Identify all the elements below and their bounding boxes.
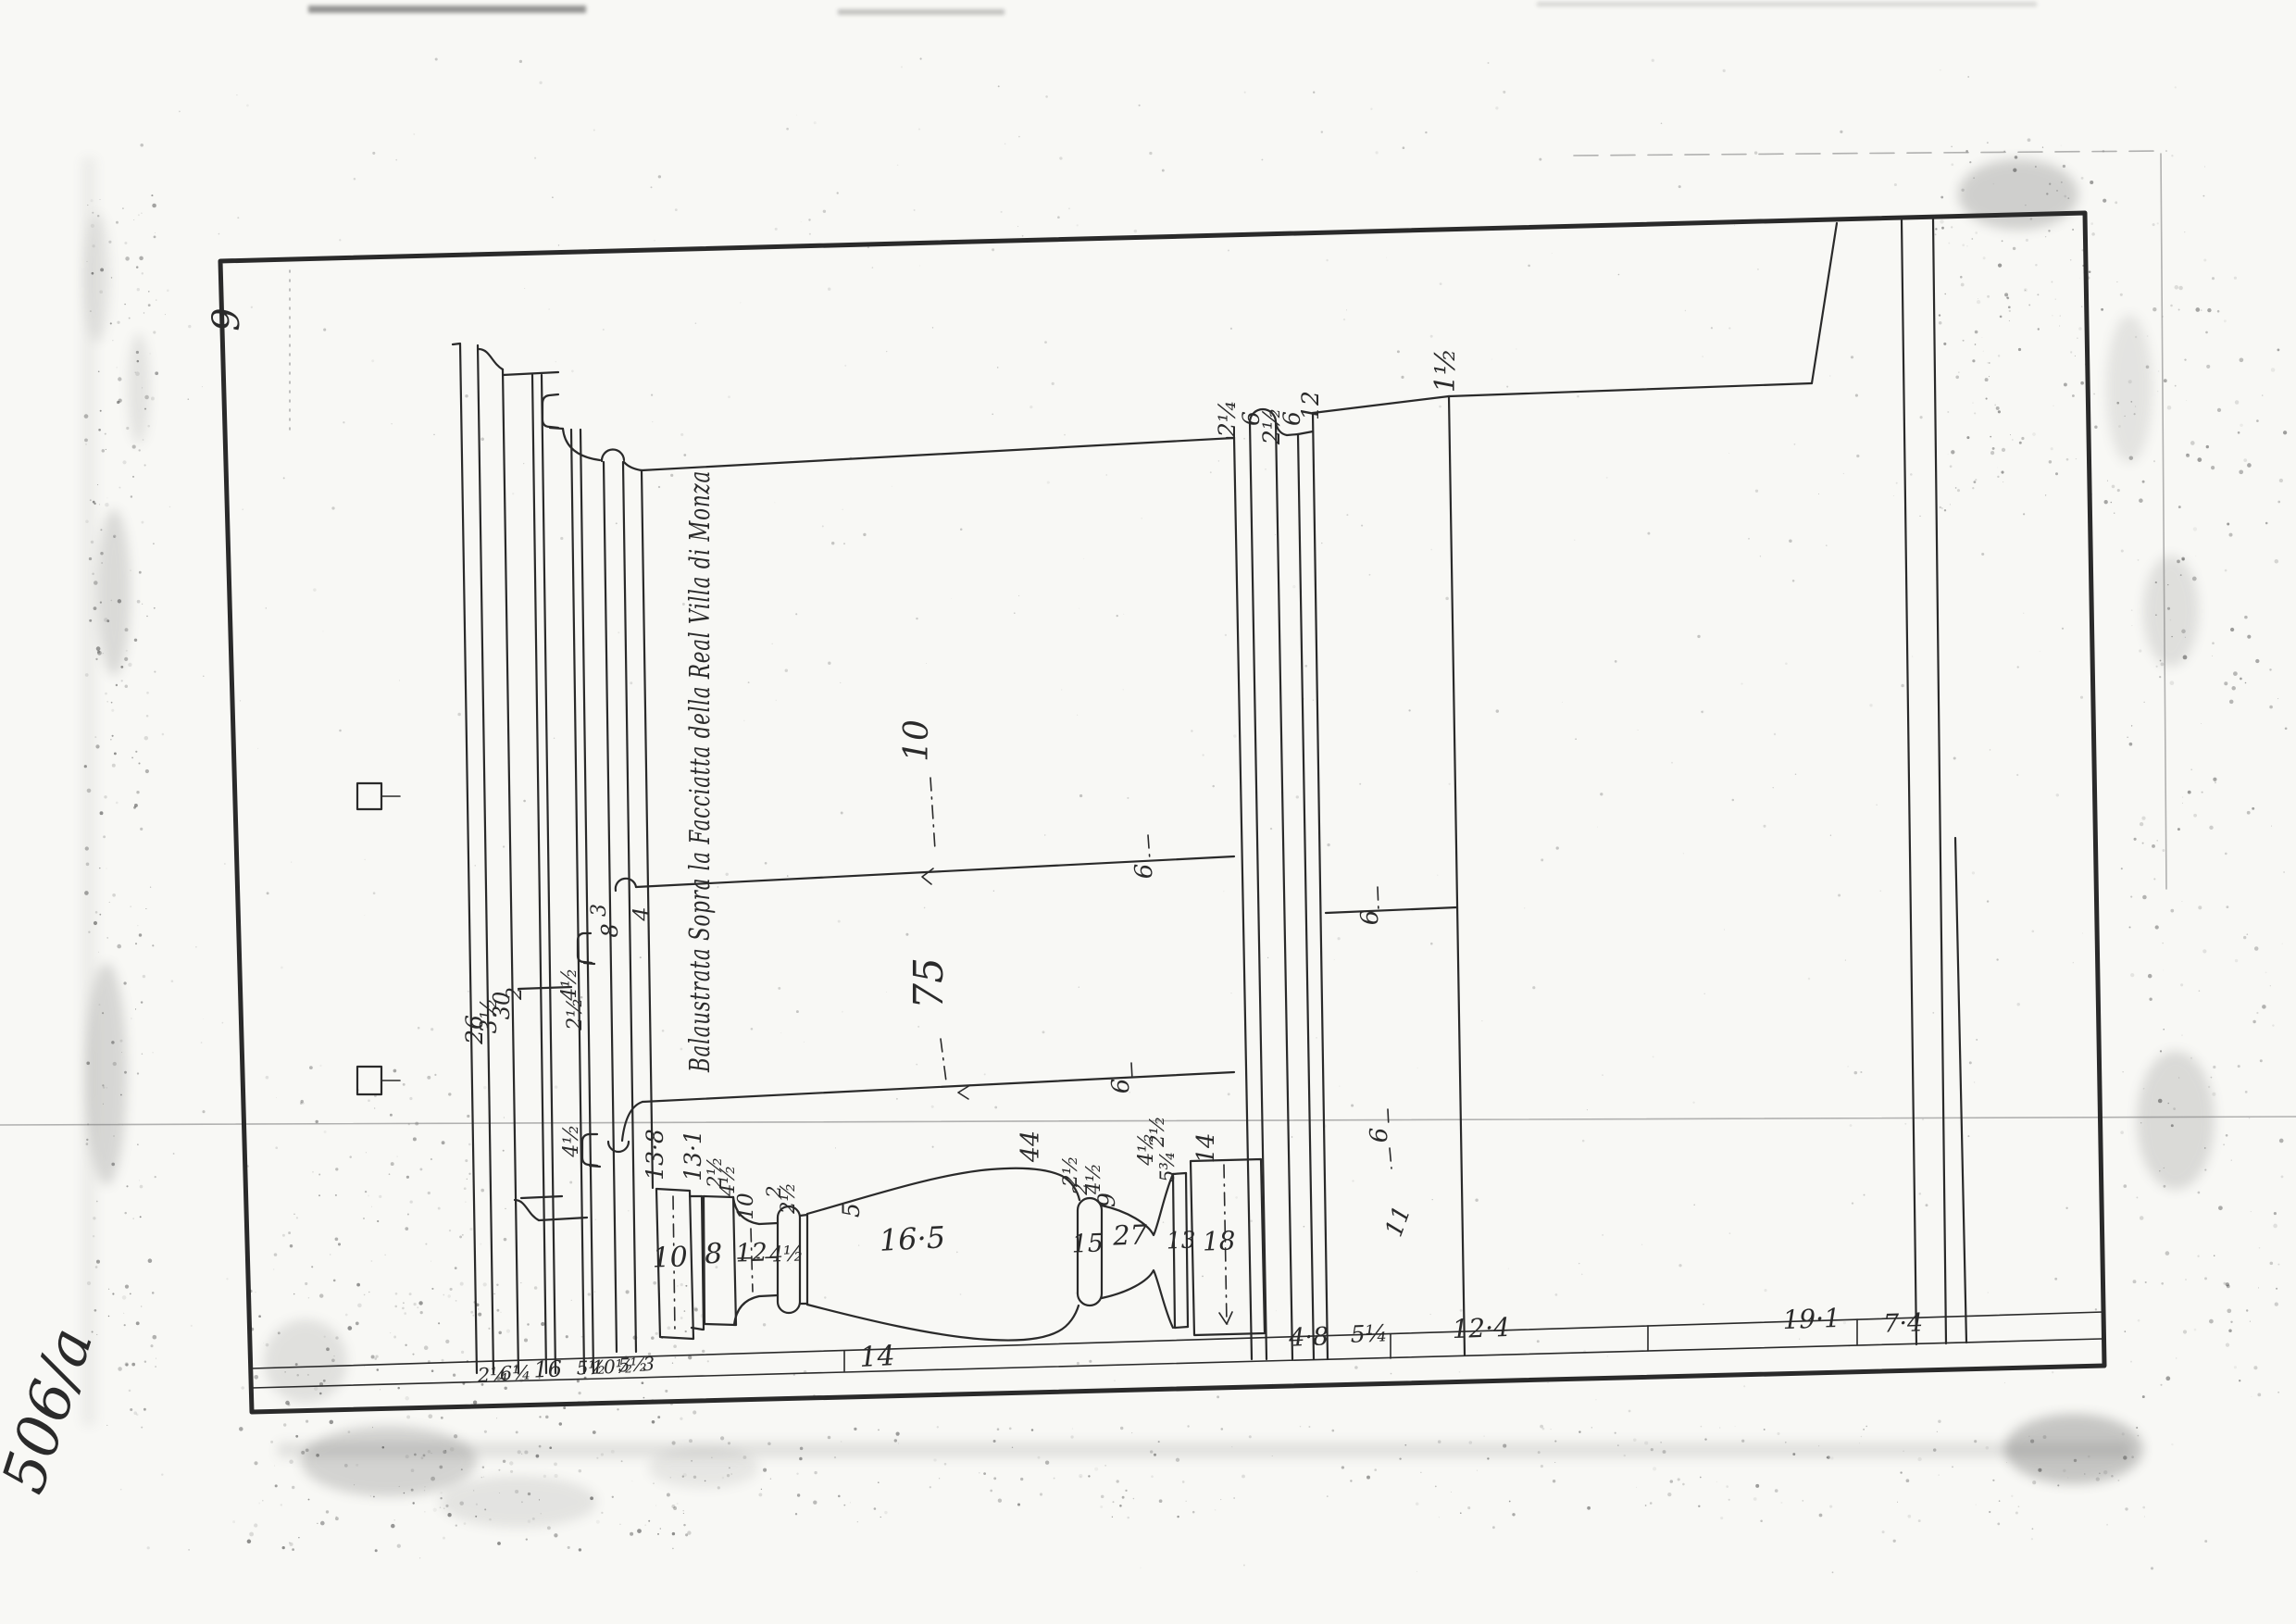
dimension-label: 5	[838, 1203, 865, 1218]
dimension-label: 14	[1192, 1132, 1220, 1163]
dimension-label: 7·4	[1883, 1308, 1924, 1338]
dimension-label: 44	[1017, 1131, 1045, 1163]
dimension-label: 10	[734, 1193, 758, 1219]
dimension-label: 1½	[1429, 348, 1462, 393]
dimension-label: 2¼	[1214, 400, 1241, 438]
dimension-label: 5¾	[1156, 1151, 1179, 1182]
sheet-number: 9	[206, 307, 248, 331]
drawing-canvas: 9 506/a Balaustrata Sopra la Facciatta d…	[0, 0, 2296, 1624]
dimension-label: 4·8	[1288, 1322, 1329, 1353]
dimension-label: 3	[643, 1353, 655, 1375]
dimension-label: 15	[1071, 1229, 1104, 1258]
scanned-sheet: 9 506/a Balaustrata Sopra la Facciatta d…	[0, 0, 2296, 1624]
dimension-label: 19·1	[1782, 1303, 1841, 1335]
dimension-label: 75	[905, 957, 953, 1009]
dimension-label: 10	[898, 719, 936, 762]
dimension-label: 6	[1356, 910, 1384, 926]
dimension-label: 14	[859, 1340, 896, 1374]
dimension-label: 8	[597, 923, 623, 937]
dimension-label: 3	[588, 904, 611, 917]
dimension-label: 13	[1166, 1226, 1196, 1254]
dimension-label: 2½	[564, 997, 587, 1031]
dimension-label: 6¼	[499, 1361, 531, 1384]
dimension-label: 2½	[777, 1182, 799, 1215]
drawing-title: Balaustrata Sopra la Facciatta della Rea…	[684, 470, 717, 1073]
dimension-label: 8	[705, 1238, 723, 1271]
dimension-label: 13·1	[680, 1130, 706, 1181]
dimension-label: 16·5	[879, 1219, 946, 1258]
dimension-label: 2½	[1146, 1116, 1168, 1148]
dimension-label: 2	[504, 987, 527, 1001]
dimension-label: 10	[652, 1241, 688, 1274]
paper-background	[0, 0, 2296, 1624]
dimension-label: 27	[1112, 1218, 1149, 1251]
dimension-label: 6	[1366, 1128, 1393, 1143]
dimension-label: 12	[735, 1238, 767, 1268]
dimension-label: 4½	[1082, 1163, 1104, 1195]
dimension-label: 6	[1107, 1079, 1135, 1094]
dimension-label: 4½	[560, 1124, 583, 1157]
dimension-label: 9	[1093, 1193, 1120, 1207]
dimension-label: 12	[1297, 391, 1324, 420]
dimension-label: 13·8	[642, 1129, 668, 1181]
dimension-label: 4½	[558, 968, 581, 1001]
dimension-label: 4	[629, 906, 655, 921]
dimension-label: 16	[533, 1355, 563, 1382]
dimension-label: 4½	[768, 1242, 805, 1267]
dimension-label: 5¼	[1350, 1319, 1388, 1347]
dimension-label: 12·4	[1452, 1312, 1510, 1344]
dimension-label: 4½	[717, 1165, 739, 1197]
dimension-label: 18	[1202, 1225, 1236, 1256]
dimension-label: 6	[1130, 864, 1158, 880]
